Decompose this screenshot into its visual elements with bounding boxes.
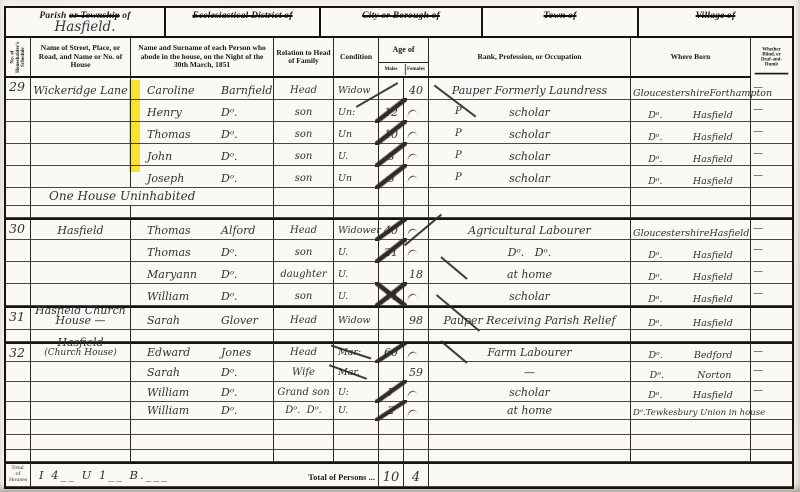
empty-cell bbox=[6, 450, 31, 462]
birthplace-cell: Dᵒ.Tewkesbury Union in house bbox=[631, 402, 751, 420]
age-male-cell: 60 bbox=[379, 342, 404, 362]
condition-cell: Widow bbox=[334, 306, 379, 330]
city-label: City or Borough of bbox=[321, 11, 481, 21]
birth-county: Dᵒ. bbox=[648, 294, 662, 305]
birth-place: Hasfield bbox=[709, 228, 749, 239]
empty-cell bbox=[334, 206, 379, 218]
age-female-cell bbox=[404, 100, 429, 122]
empty-cell bbox=[334, 450, 379, 462]
district-box: Ecclesiastical District of bbox=[166, 8, 321, 36]
age-male-cell: 10 bbox=[379, 122, 404, 144]
houses-label-line3: Houses bbox=[9, 477, 27, 482]
age-female-cell bbox=[404, 144, 429, 166]
empty-cell bbox=[6, 330, 31, 342]
empty-cell bbox=[334, 420, 379, 435]
street-cell: Hasfield ChurchHouse — bbox=[31, 306, 131, 330]
empty-cell bbox=[274, 435, 334, 450]
street-cell bbox=[31, 122, 131, 144]
birth-county: Dᵒ. bbox=[648, 318, 662, 329]
birth-county: Dᵒ. bbox=[648, 132, 662, 143]
empty-cell bbox=[31, 450, 131, 462]
birthplace-cell: Dᵒ.Hasfield bbox=[631, 262, 751, 284]
name-cell: WilliamDᵒ. bbox=[131, 402, 274, 420]
condition-cell: Un: bbox=[334, 100, 379, 122]
empty-cell bbox=[334, 435, 379, 450]
infirmity-cell: — bbox=[751, 218, 792, 240]
empty-cell bbox=[631, 435, 751, 450]
street-cell bbox=[31, 262, 131, 284]
relation-cell: son bbox=[274, 100, 334, 122]
age-male-cell bbox=[379, 188, 404, 206]
empty-cell bbox=[429, 450, 631, 462]
empty-cell bbox=[131, 450, 274, 462]
census-scan-page: Parish or Township of Hasfield. Ecclesia… bbox=[0, 0, 800, 492]
birthplace-cell: Dᵒ.Bedford bbox=[631, 342, 751, 362]
relation-cell: Head bbox=[274, 306, 334, 330]
empty-cell bbox=[31, 435, 131, 450]
name-cell: SarahGlover bbox=[131, 306, 274, 330]
birth-county: Dᵒ. bbox=[633, 408, 646, 419]
occupation-text: Pauper Formerly Laundress bbox=[452, 85, 607, 96]
surname-ditto: Dᵒ. bbox=[221, 387, 238, 398]
condition-cell: Mar. bbox=[334, 362, 379, 382]
surname-ditto: Dᵒ. bbox=[221, 129, 238, 140]
birthplace-cell: Dᵒ.Hasfield bbox=[631, 306, 751, 330]
birth-place: Hasfield bbox=[693, 318, 733, 329]
age-male-cell: 12 bbox=[379, 100, 404, 122]
age-of-label: Age of bbox=[379, 38, 428, 63]
street-cell bbox=[31, 144, 131, 166]
infirmity-cell: — bbox=[751, 122, 792, 144]
infirmity-cell: — bbox=[751, 342, 792, 362]
occupation-column-header: Rank, Profession, or Occupation bbox=[429, 38, 631, 78]
empty-cell bbox=[751, 206, 792, 218]
street-cell bbox=[31, 284, 131, 306]
birth-county: Dᵒ. bbox=[648, 272, 662, 283]
relation-cell: Wife bbox=[274, 362, 334, 382]
empty-cell bbox=[404, 420, 429, 435]
street-line1: Hasfield bbox=[57, 226, 103, 236]
relation-cell bbox=[274, 188, 334, 206]
name-cell: JohnDᵒ. bbox=[131, 144, 274, 166]
empty-cell bbox=[6, 206, 31, 218]
surname-ditto: Dᵒ. bbox=[221, 269, 238, 280]
birthplace-cell: Dᵒ.Hasfield bbox=[631, 166, 751, 188]
occupation-prefix: P bbox=[455, 106, 462, 117]
name-cell: WilliamDᵒ. bbox=[131, 284, 274, 306]
condition-column-header: Condition bbox=[334, 38, 379, 78]
age-male-cell: 6 bbox=[379, 166, 404, 188]
occupation-text: scholar bbox=[509, 107, 550, 118]
occupation-text: Farm Labourer bbox=[487, 347, 571, 358]
forename: Sarah bbox=[147, 367, 221, 378]
schedule-number-cell bbox=[6, 100, 31, 122]
occupation-cell: Pauper Receiving Parish Relief bbox=[429, 306, 631, 330]
forename: John bbox=[147, 151, 221, 162]
males-subheader: Males bbox=[381, 64, 401, 75]
birth-place: Hasfield bbox=[693, 390, 733, 401]
birth-county: Dᵒ. bbox=[648, 390, 662, 401]
birth-county: Dᵒ. bbox=[650, 370, 664, 381]
street-cell bbox=[31, 402, 131, 420]
surname: Alford bbox=[221, 225, 255, 236]
birthplace-cell: GloucestershireForthampton bbox=[631, 78, 751, 100]
town-box: Town of bbox=[483, 8, 639, 36]
birthplace-cell bbox=[631, 188, 751, 206]
empty-cell bbox=[404, 330, 429, 342]
empty-cell bbox=[379, 450, 404, 462]
schedule-column-header-text: No. of Householder's Schedule bbox=[10, 41, 25, 72]
age-male-cell: 40 bbox=[379, 218, 404, 240]
empty-cell bbox=[131, 206, 274, 218]
born-column-header: Where Born bbox=[631, 38, 751, 78]
age-female-cell bbox=[404, 382, 429, 402]
age-male-cell: 7 bbox=[379, 382, 404, 402]
birth-place: Hasfield bbox=[693, 294, 733, 305]
age-male-cell bbox=[379, 362, 404, 382]
empty-cell bbox=[631, 206, 751, 218]
empty-cell bbox=[131, 420, 274, 435]
relation-cell: Head bbox=[274, 342, 334, 362]
occupation-text: at home bbox=[507, 405, 552, 416]
empty-cell bbox=[751, 420, 792, 435]
occupation-cell: Pscholar bbox=[429, 144, 631, 166]
schedule-number-cell bbox=[6, 362, 31, 382]
surname: Jones bbox=[221, 347, 251, 358]
empty-cell bbox=[31, 206, 131, 218]
age-male-cell bbox=[379, 306, 404, 330]
schedule-number-cell: 30 bbox=[6, 218, 31, 240]
forename: Henry bbox=[147, 107, 221, 118]
surname-ditto: Dᵒ. bbox=[221, 173, 238, 184]
age-female-cell: 18 bbox=[404, 262, 429, 284]
occupation-cell: Agricultural Labourer bbox=[429, 218, 631, 240]
name-cell: SarahDᵒ. bbox=[131, 362, 274, 382]
schedule-number-cell: 32 bbox=[6, 342, 31, 362]
condition-cell: U. bbox=[334, 262, 379, 284]
infirmity-cell: — bbox=[751, 100, 792, 122]
occupation-text: scholar bbox=[509, 151, 550, 162]
census-grid: No. of Householder's Schedule Name of St… bbox=[6, 38, 792, 487]
forename: William bbox=[147, 291, 221, 302]
parish-box: Parish or Township of Hasfield. bbox=[6, 8, 166, 36]
schedule-number-cell bbox=[6, 240, 31, 262]
birthplace-cell: Dᵒ.Hasfield bbox=[631, 100, 751, 122]
age-female-cell: 98 bbox=[404, 306, 429, 330]
houses-totals-written: I 4__ U 1__ B.___ bbox=[39, 468, 169, 482]
birthplace-cell: Dᵒ.Hasfield bbox=[631, 144, 751, 166]
forename: Thomas bbox=[147, 129, 221, 140]
occupation-cell: scholar bbox=[429, 284, 631, 306]
occupation-cell: Pauper Formerly Laundress bbox=[429, 78, 631, 100]
street-cell: Hasfield bbox=[31, 218, 131, 240]
surname-ditto: Dᵒ. bbox=[221, 247, 238, 258]
name-cell: CarolineBarnfield bbox=[131, 78, 274, 100]
occupation-prefix: P bbox=[455, 150, 462, 161]
condition-cell: Un bbox=[334, 166, 379, 188]
total-females: 4 bbox=[404, 462, 429, 487]
empty-cell bbox=[379, 435, 404, 450]
total-of-houses-box: Total of Houses bbox=[6, 462, 31, 487]
birth-county: Gloucestershire bbox=[633, 88, 709, 99]
name-cell: MaryannDᵒ. bbox=[131, 262, 274, 284]
schedule-number-cell bbox=[6, 284, 31, 306]
birth-county: Dᵒ. bbox=[648, 154, 662, 165]
relation-cell: son bbox=[274, 284, 334, 306]
empty-cell bbox=[751, 450, 792, 462]
empty-cell bbox=[6, 420, 31, 435]
schedule-number-cell bbox=[6, 122, 31, 144]
street-cell bbox=[31, 362, 131, 382]
occupation-text: Dᵒ. Dᵒ. bbox=[508, 247, 552, 258]
surname-ditto: Dᵒ. bbox=[221, 151, 238, 162]
occupation-cell: Dᵒ. Dᵒ. bbox=[429, 240, 631, 262]
occupation-text: — bbox=[524, 367, 535, 378]
name-cell: ThomasDᵒ. bbox=[131, 240, 274, 262]
empty-cell bbox=[6, 435, 31, 450]
occupation-prefix: P bbox=[455, 128, 462, 139]
houses-label-line2: of bbox=[16, 471, 21, 476]
infirmity-cell bbox=[751, 402, 792, 420]
forename: Caroline bbox=[147, 85, 221, 96]
surname: Glover bbox=[221, 315, 258, 326]
birth-place: Hasfield bbox=[693, 132, 733, 143]
surname-ditto: Dᵒ. bbox=[221, 107, 238, 118]
birth-county: Dᵒ. bbox=[649, 350, 663, 361]
empty-cell bbox=[751, 435, 792, 450]
condition-cell: Widower bbox=[334, 218, 379, 240]
birth-place: Norton bbox=[697, 370, 731, 381]
empty-cell bbox=[31, 420, 131, 435]
birth-county: Dᵒ. bbox=[648, 176, 662, 187]
birthplace-cell: Dᵒ.Norton bbox=[631, 362, 751, 382]
street-column-header: Name of Street, Place, or Road, and Name… bbox=[31, 38, 131, 78]
birth-place: Hasfield bbox=[693, 110, 733, 121]
relation-cell: son bbox=[274, 240, 334, 262]
empty-cell bbox=[379, 206, 404, 218]
birth-county: Dᵒ. bbox=[648, 110, 662, 121]
infirmity-cell: — bbox=[751, 262, 792, 284]
forename: William bbox=[147, 405, 221, 416]
district-label: Ecclesiastical District of bbox=[166, 11, 319, 21]
occupation-cell: — bbox=[429, 362, 631, 382]
schedule-number-cell: 29 bbox=[6, 78, 31, 100]
relation-cell: daughter bbox=[274, 262, 334, 284]
forename: Thomas bbox=[147, 225, 221, 236]
forename: Edward bbox=[147, 347, 221, 358]
village-box: Village of bbox=[639, 8, 792, 36]
infirmity-cell: — bbox=[751, 144, 792, 166]
houses-label-line1: Total bbox=[12, 465, 24, 470]
occupation-cell bbox=[429, 188, 631, 206]
birthplace-cell: GloucestershireHasfield bbox=[631, 218, 751, 240]
town-label: Town of bbox=[483, 11, 637, 21]
infirmity-cell: — bbox=[751, 240, 792, 262]
forename: William bbox=[147, 387, 221, 398]
condition-cell bbox=[334, 188, 379, 206]
infirmity-cell bbox=[751, 306, 792, 330]
relation-cell: Head bbox=[274, 78, 334, 100]
occupation-cell: at home bbox=[429, 402, 631, 420]
empty-cell bbox=[274, 420, 334, 435]
empty-cell bbox=[131, 435, 274, 450]
age-female-cell bbox=[404, 342, 429, 362]
age-female-cell: 59 bbox=[404, 362, 429, 382]
occupation-cell: Pscholar bbox=[429, 122, 631, 144]
relation-cell: Grand son bbox=[274, 382, 334, 402]
schedule-number-cell bbox=[6, 262, 31, 284]
name-cell: HenryDᵒ. bbox=[131, 100, 274, 122]
empty-cell bbox=[404, 435, 429, 450]
parish-value: Hasfield. bbox=[6, 20, 164, 34]
empty-cell bbox=[274, 450, 334, 462]
empty-cell bbox=[429, 420, 631, 435]
street-cell: Hasfield(Church House) bbox=[31, 342, 131, 362]
street-line1: Hasfield bbox=[57, 338, 103, 348]
condition-cell: U. bbox=[334, 284, 379, 306]
schedule-number-cell: 31 bbox=[6, 306, 31, 330]
name-column-header: Name and Surname of each Person who abod… bbox=[131, 38, 274, 78]
schedule-column-header: No. of Householder's Schedule bbox=[6, 38, 31, 78]
relation-cell: Dᵒ. Dᵒ. bbox=[274, 402, 334, 420]
birthplace-cell: Dᵒ.Hasfield bbox=[631, 240, 751, 262]
schedule-number-cell bbox=[6, 144, 31, 166]
infirmity-cell: — bbox=[751, 382, 792, 402]
birth-county: Dᵒ. bbox=[648, 250, 662, 261]
yellow-highlight-marker bbox=[129, 80, 140, 172]
empty-cell bbox=[404, 450, 429, 462]
occupation-text: scholar bbox=[509, 173, 550, 184]
relation-cell: son bbox=[274, 144, 334, 166]
occupation-text: at home bbox=[507, 269, 552, 280]
birth-county: Gloucestershire bbox=[633, 228, 709, 239]
totals-row: I 4__ U 1__ B.___ Total of Persons ... bbox=[31, 462, 379, 487]
street-cell bbox=[31, 166, 131, 188]
infirmity-cell: — bbox=[751, 166, 792, 188]
empty-cell bbox=[131, 330, 274, 342]
relation-cell: Head bbox=[274, 218, 334, 240]
street-cell bbox=[31, 100, 131, 122]
street-cell: Wickeridge Lane bbox=[31, 78, 131, 100]
condition-cell: U. bbox=[334, 240, 379, 262]
name-cell: JosephDᵒ. bbox=[131, 166, 274, 188]
occupation-text: scholar bbox=[509, 291, 550, 302]
forename: Thomas bbox=[147, 247, 221, 258]
empty-cell bbox=[429, 435, 631, 450]
surname-ditto: Dᵒ. bbox=[221, 367, 238, 378]
age-female-cell bbox=[404, 122, 429, 144]
village-label: Village of bbox=[639, 11, 792, 21]
birth-place: Hasfield bbox=[693, 176, 733, 187]
empty-cell bbox=[379, 330, 404, 342]
schedule-number-cell bbox=[6, 402, 31, 420]
empty-cell bbox=[429, 330, 631, 342]
birth-place: Tewkesbury Union in house bbox=[646, 408, 765, 419]
age-female-cell: 40 bbox=[404, 78, 429, 100]
name-cell: ThomasAlford bbox=[131, 218, 274, 240]
age-female-cell bbox=[404, 402, 429, 420]
birthplace-cell: Dᵒ.Hasfield bbox=[631, 284, 751, 306]
occupation-cell: Pscholar bbox=[429, 166, 631, 188]
occupation-text: Agricultural Labourer bbox=[468, 225, 591, 236]
infirmity-cell: — bbox=[751, 284, 792, 306]
forename: Sarah bbox=[147, 315, 221, 326]
occupation-text: scholar bbox=[509, 129, 550, 140]
empty-cell bbox=[631, 330, 751, 342]
name-cell: WilliamDᵒ. bbox=[131, 382, 274, 402]
name-cell: EdwardJones bbox=[131, 342, 274, 362]
condition-cell: U. bbox=[334, 402, 379, 420]
age-male-cell: 14 bbox=[379, 284, 404, 306]
age-male-cell: 21 bbox=[379, 240, 404, 262]
age-female-cell bbox=[404, 284, 429, 306]
empty-cell bbox=[274, 206, 334, 218]
condition-cell: U. bbox=[334, 144, 379, 166]
birth-place: Hasfield bbox=[693, 272, 733, 283]
birthplace-cell: Dᵒ.Hasfield bbox=[631, 382, 751, 402]
empty-cell bbox=[751, 330, 792, 342]
birth-place: Hasfield bbox=[693, 250, 733, 261]
condition-cell: U: bbox=[334, 382, 379, 402]
age-female-cell bbox=[404, 188, 429, 206]
street-line2: (Church House) bbox=[44, 348, 117, 358]
infirmity-column-header: Whether Blind, or Deaf-and-Dumb bbox=[755, 42, 789, 75]
infirmity-cell bbox=[751, 188, 792, 206]
occupation-cell: scholar bbox=[429, 382, 631, 402]
occupation-cell: Farm Labourer bbox=[429, 342, 631, 362]
schedule-number-cell bbox=[6, 188, 31, 206]
age-male-cell: 8 bbox=[379, 144, 404, 166]
totals-empty-cell bbox=[429, 462, 792, 487]
relation-column-header: Relation to Head of Family bbox=[274, 38, 334, 78]
schedule-number-cell bbox=[6, 166, 31, 188]
empty-cell bbox=[404, 206, 429, 218]
surname-ditto: Dᵒ. bbox=[221, 291, 238, 302]
females-subheader: Females bbox=[405, 64, 426, 75]
empty-cell bbox=[379, 420, 404, 435]
age-female-cell bbox=[404, 166, 429, 188]
name-cell: ThomasDᵒ. bbox=[131, 122, 274, 144]
street-line1: Wickeridge Lane bbox=[33, 86, 127, 96]
total-males: 10 bbox=[379, 462, 404, 487]
age-male-cell bbox=[379, 262, 404, 284]
surname: Barnfield bbox=[221, 85, 272, 96]
age-subheaders: MalesFemales bbox=[379, 63, 428, 76]
street-cell bbox=[31, 382, 131, 402]
occupation-prefix: P bbox=[455, 172, 462, 183]
form-header-band: Parish or Township of Hasfield. Ecclesia… bbox=[6, 8, 792, 38]
empty-cell bbox=[334, 330, 379, 342]
birthplace-cell: Dᵒ.Hasfield bbox=[631, 122, 751, 144]
birth-place: Hasfield bbox=[693, 154, 733, 165]
street-line2: House — bbox=[56, 316, 106, 326]
uninhabited-note: One House Uninhabited bbox=[31, 188, 274, 206]
schedule-number-cell bbox=[6, 382, 31, 402]
total-of-persons-label: Total of Persons ... bbox=[308, 472, 375, 482]
empty-cell bbox=[274, 330, 334, 342]
empty-cell bbox=[631, 450, 751, 462]
infirmity-cell: — bbox=[751, 362, 792, 382]
empty-cell bbox=[631, 420, 751, 435]
condition-cell: Un bbox=[334, 122, 379, 144]
relation-cell: son bbox=[274, 122, 334, 144]
forename: Maryann bbox=[147, 269, 221, 280]
census-table: Parish or Township of Hasfield. Ecclesia… bbox=[4, 6, 794, 489]
forename: Joseph bbox=[147, 173, 221, 184]
city-box: City or Borough of bbox=[321, 8, 483, 36]
age-column-header: Age of MalesFemales bbox=[379, 38, 429, 78]
occupation-text: scholar bbox=[509, 387, 550, 398]
